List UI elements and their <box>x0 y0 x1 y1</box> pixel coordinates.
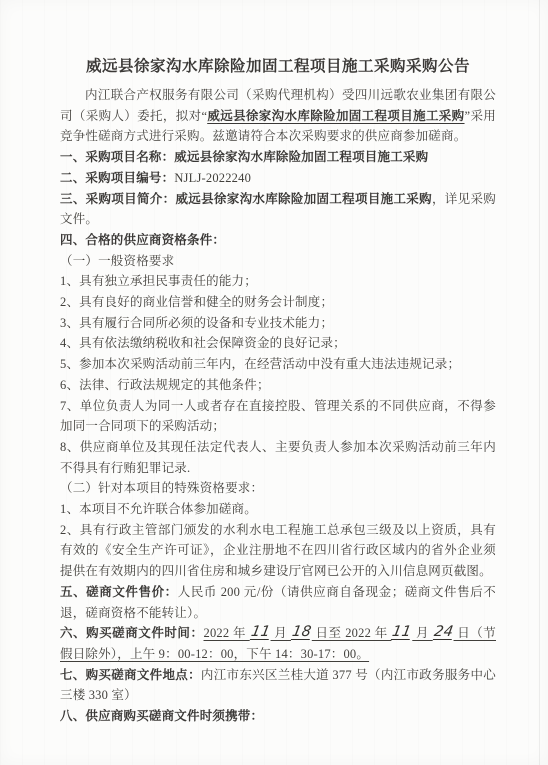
text-segment: 月 <box>271 626 291 640</box>
special-requirements-heading: （二）针对本项目的特殊资格要求： <box>60 478 496 499</box>
general-req-8: 8、供应商单位及其现任法定代表人、主要负责人参加本次采购活动前三年内不得具有行贿… <box>60 437 496 478</box>
item-4-qualification-heading: 四、合格的供应商资格条件： <box>60 230 496 251</box>
intro-paragraph: 内江联合产权服务有限公司（采购代理机构）受四川远歌农业集团有限公司（采购人）委托… <box>60 85 496 147</box>
general-req-2: 2、具有良好的商业信誉和健全的财务会计制度； <box>60 292 496 313</box>
document-body: 内江联合产权服务有限公司（采购代理机构）受四川远歌农业集团有限公司（采购人）委托… <box>60 85 496 727</box>
text-segment: 8、供应商单位及其现任法定代表人、主要负责人参加本次采购活动前三年内不得具有行贿… <box>60 440 496 475</box>
document-title: 威远县徐家沟水库除险加固工程项目施工采购采购公告 <box>60 56 496 77</box>
scanned-document-page: 威远县徐家沟水库除险加固工程项目施工采购采购公告 内江联合产权服务有限公司（采购… <box>0 0 548 765</box>
item-3-project-brief: 三、采购项目简介：威远县徐家沟水库除险加固工程项目施工采购，详见采购文件。 <box>60 189 496 230</box>
general-req-5: 5、参加本次采购活动前三年内，在经营活动中没有重大违法违规记录； <box>60 354 496 375</box>
text-segment: （二）针对本项目的特殊资格要求： <box>60 481 263 495</box>
general-requirements-heading: （一）一般资格要求 <box>60 251 496 272</box>
text-segment: 三、采购项目简介： <box>60 192 175 206</box>
text-segment: 2、具有行政主管部门颁发的水利水电工程施工总承包三级及以上资质，具有有效的《安全… <box>60 523 496 578</box>
text-segment: 四、合格的供应商资格条件： <box>60 233 225 247</box>
general-req-1: 1、具有独立承担民事责任的能力； <box>60 271 496 292</box>
text-segment: 威远县徐家沟水库除险加固工程项目施工采购 <box>207 109 464 123</box>
text-segment: 3、具有履行合同所必须的设备和专业技术能力； <box>60 316 333 330</box>
handwritten-date-number: 11 <box>249 625 272 640</box>
item-5-document-price: 五、磋商文件售价：人民币 200 元/份（请供应商自备现金；磋商文件售后不退，磋… <box>60 582 496 623</box>
text-segment: NJLJ-2022240 <box>174 171 251 185</box>
text-segment: 日至 2022 年 <box>312 626 392 640</box>
text-segment: 五、磋商文件售价： <box>60 585 178 599</box>
special-req-1: 1、本项目不允许联合体参加磋商。 <box>60 499 496 520</box>
text-segment: 1、具有独立承担民事责任的能力； <box>60 274 257 288</box>
text-segment: 6、法律、行政法规规定的其他条件； <box>60 378 270 392</box>
general-req-7: 7、单位负责人为同一人或者存在直接控股、管理关系的不同供应商，不得参加同一合同项… <box>60 396 496 437</box>
item-7-purchase-location: 七、购买磋商文件地点：内江市东兴区兰桂大道 377 号（内江市政务服务中心三楼 … <box>60 665 496 706</box>
text-segment: 7、单位负责人为同一人或者存在直接控股、管理关系的不同供应商，不得参加同一合同项… <box>60 399 496 434</box>
text-segment: 威远县徐家沟水库除险加固工程项目施工采购 <box>175 192 432 206</box>
handwritten-date-number: 11 <box>390 625 413 640</box>
text-segment: 1、本项目不允许联合体参加磋商。 <box>60 502 257 516</box>
text-segment: 一、采购项目名称：威远县徐家沟水库除险加固工程项目施工采购 <box>60 150 428 164</box>
text-segment: 4、具有依法缴纳税收和社会保障资金的良好记录； <box>60 336 346 350</box>
text-segment: 二、采购项目编号： <box>60 171 174 185</box>
special-req-2: 2、具有行政主管部门颁发的水利水电工程施工总承包三级及以上资质，具有有效的《安全… <box>60 520 496 582</box>
text-segment: 5、参加本次采购活动前三年内，在经营活动中没有重大违法违规记录； <box>60 357 460 371</box>
text-segment: （一）一般资格要求 <box>60 254 174 268</box>
text-segment: 2022 年 <box>204 626 250 640</box>
text-segment: 2、具有良好的商业信誉和健全的财务会计制度； <box>60 295 333 309</box>
general-req-6: 6、法律、行政法规规定的其他条件； <box>60 375 496 396</box>
item-8-required-documents-heading: 八、供应商购买磋商文件时须携带： <box>60 706 496 727</box>
handwritten-date-number: 18 <box>290 625 313 640</box>
item-2-project-number: 二、采购项目编号：NJLJ-2022240 <box>60 168 496 189</box>
text-segment: 八、供应商购买磋商文件时须携带： <box>60 709 263 723</box>
text-segment: 七、购买磋商文件地点： <box>60 668 201 682</box>
general-req-3: 3、具有履行合同所必须的设备和专业技术能力； <box>60 313 496 334</box>
document-content: 威远县徐家沟水库除险加固工程项目施工采购采购公告 内江联合产权服务有限公司（采购… <box>60 56 496 727</box>
text-segment: 月 <box>412 626 432 640</box>
handwritten-date-number: 24 <box>432 625 455 640</box>
text-segment: 六、购买磋商文件时间： <box>60 626 204 640</box>
general-req-4: 4、具有依法缴纳税收和社会保障资金的良好记录； <box>60 333 496 354</box>
item-6-purchase-time: 六、购买磋商文件时间：2022 年 11 月 18 日至 2022 年 11 月… <box>60 623 496 664</box>
item-1-project-name: 一、采购项目名称：威远县徐家沟水库除险加固工程项目施工采购 <box>60 147 496 168</box>
